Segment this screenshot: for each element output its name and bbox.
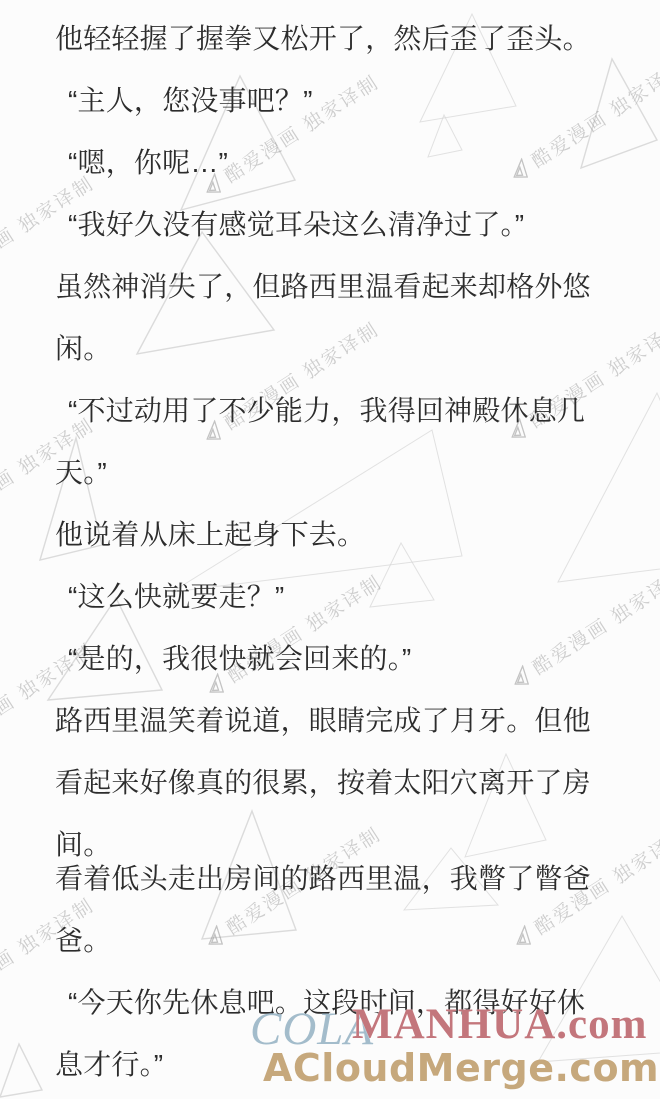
novel-line: 爸。 xyxy=(55,910,645,972)
novel-line: 闲。 xyxy=(55,318,645,380)
novel-line: 看着低头走出房间的路西里温，我瞥了瞥爸 xyxy=(55,848,645,910)
novel-line: 他轻轻握了握拳又松开了，然后歪了歪头。 xyxy=(55,8,645,70)
novel-line: 虽然神消失了，但路西里温看起来却格外悠 xyxy=(55,256,645,318)
novel-line: “是的，我很快就会回来的。” xyxy=(55,628,645,690)
novel-line: 路西里温笑着说道，眼睛完成了月牙。但他 xyxy=(55,690,645,752)
novel-line: 看起来好像真的很累，按着太阳穴离开了房 xyxy=(55,752,645,814)
triangle-outline-icon xyxy=(0,1044,42,1097)
novel-line: 天。” xyxy=(55,442,645,504)
novel-reader-page: 酷爱漫画 独家译制 酷爱漫画 独家译制 酷爱漫画 独家译制 酷爱漫画 独家译制 … xyxy=(0,0,660,1099)
novel-line: 他说着从床上起身下去。 xyxy=(55,504,645,566)
novel-text: 他轻轻握了握拳又松开了，然后歪了歪头。 “主人，您没事吧？” “嗯，你呢…” “… xyxy=(55,8,645,1096)
novel-line: “这么快就要走？” xyxy=(55,566,645,628)
brand-watermark-acloudmerge: ACloudMerge.com xyxy=(263,1046,659,1090)
novel-line: “我好久没有感觉耳朵这么清净过了。” xyxy=(55,194,645,256)
novel-line: “不过动用了不少能力，我得回神殿休息几 xyxy=(55,380,645,442)
brand-watermark-manhua: MANHUA.com xyxy=(352,1000,647,1049)
novel-line: “主人，您没事吧？” xyxy=(55,70,645,132)
novel-line: “嗯，你呢…” xyxy=(55,132,645,194)
